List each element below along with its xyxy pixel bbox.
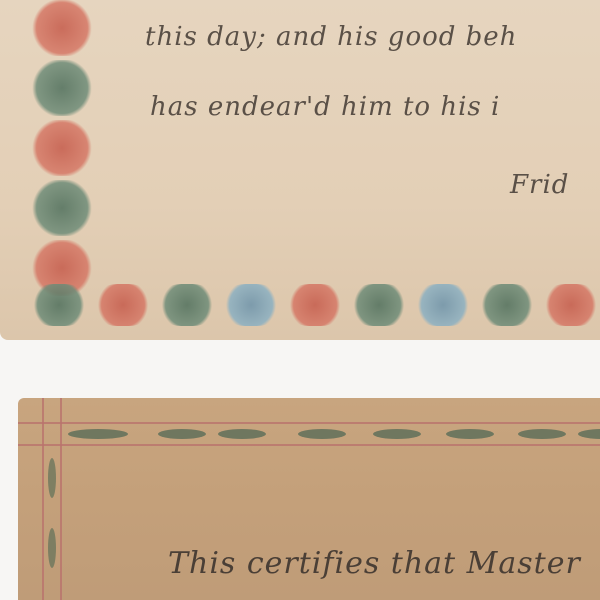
floral-blob (350, 284, 408, 326)
floral-blob (30, 60, 94, 116)
ruled-line (18, 422, 600, 424)
handwriting-line-1: this day; and his good beh (145, 22, 517, 52)
ruled-line (18, 444, 600, 446)
leaf-motif (578, 429, 600, 439)
leaf-motif (158, 429, 206, 439)
floral-blob (30, 180, 94, 236)
leaf-motif (68, 429, 128, 439)
leaf-motif (48, 458, 56, 498)
floral-blob (158, 284, 216, 326)
floral-blob (30, 284, 88, 326)
floral-border-bottom (30, 280, 600, 330)
floral-blob (94, 284, 152, 326)
ruled-line (42, 398, 44, 600)
floral-blob (286, 284, 344, 326)
top-certificate: this day; and his good beh has endear'd … (0, 0, 600, 340)
leaf-motif (298, 429, 346, 439)
leaf-motif (518, 429, 566, 439)
leaf-motif (446, 429, 494, 439)
floral-blob (222, 284, 280, 326)
handwriting-line-2: has endear'd him to his i (150, 92, 500, 122)
handwriting-line-3: Frid (510, 170, 569, 200)
leaf-motif (48, 528, 56, 568)
floral-blob (478, 284, 536, 326)
floral-border-left (30, 0, 100, 320)
floral-blob (414, 284, 472, 326)
floral-blob (542, 284, 600, 326)
handwriting-line-1: This certifies that Master (168, 546, 581, 581)
floral-blob (30, 0, 94, 56)
floral-blob (30, 120, 94, 176)
leaf-motif (218, 429, 266, 439)
ruled-line (60, 398, 62, 600)
leaf-motif (373, 429, 421, 439)
bottom-certificate: This certifies that Master (18, 398, 600, 600)
